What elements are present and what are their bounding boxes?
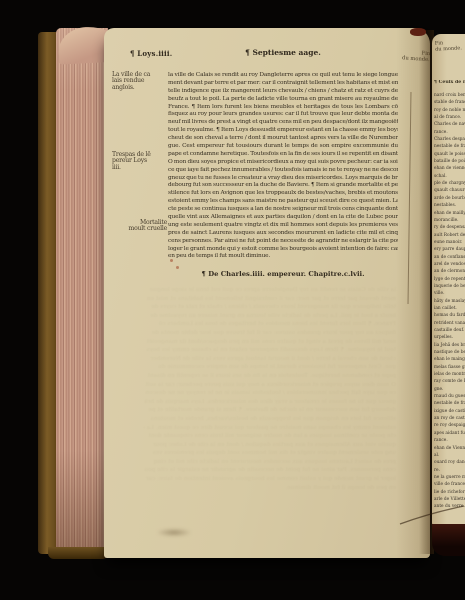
facing-index-line: eune manoir. bbox=[434, 239, 465, 246]
facing-index-line: quault chauureau bbox=[434, 187, 465, 194]
ghost-line: estoient emmy les champs sans maistre ne… bbox=[144, 424, 396, 433]
ghost-line: pres de sainct Laurens iusques aux secon… bbox=[144, 458, 396, 467]
main-text-block: la ville de Calais se rendit au roy Dang… bbox=[168, 72, 398, 261]
facing-index-line: Charles despaigne cō bbox=[434, 136, 465, 143]
facing-index-line: nard croix ben. p cou bbox=[434, 92, 465, 99]
facing-index-line: ian caillet. bbox=[434, 305, 465, 312]
facing-index-line: an de clermont. bbox=[434, 268, 465, 275]
margin-note-mortalite: Mortalitemoult cruelle bbox=[112, 220, 167, 233]
facing-index-line: re. bbox=[434, 467, 465, 474]
text-line: stilence fut lors en Avignon que les tro… bbox=[168, 190, 398, 198]
text-line: quelle vint aux Allemaignes et aux parti… bbox=[168, 214, 398, 222]
ghost-line: telle indigence que ilz mangerent leurs … bbox=[144, 303, 396, 312]
text-line: neuf mil livres de prest a vingt et quat… bbox=[168, 119, 398, 127]
ghost-line: ment devant par terre et par mer: car il… bbox=[144, 295, 396, 304]
facing-index-line: ehan le maingre. bbox=[434, 356, 465, 363]
text-line: loger le grant monde qui y estoit comme … bbox=[168, 246, 398, 254]
ghost-line: cens personnes. Par ainsi ne fut point d… bbox=[144, 466, 396, 475]
facing-page: Fin du monde. ¶ Ceulx de renom. nard cro… bbox=[432, 34, 465, 528]
text-line: cens personnes. Par ainsi ne fut point d… bbox=[168, 238, 398, 246]
margin-note-trespas: Trespas de lēpereur Loysiiii. bbox=[112, 152, 167, 171]
facing-index-line: Charles de navarre p bbox=[434, 121, 465, 128]
ghost-line: cheut de son cheval a terre / dont il mo… bbox=[144, 355, 396, 364]
text-line: telle indigence que ilz mangerent leurs … bbox=[168, 88, 398, 96]
facing-index-line: morancille. bbox=[434, 217, 465, 224]
facing-index-line: al de france. bbox=[434, 114, 465, 121]
margin-note-calais: La ville de calais rendueanglois. bbox=[112, 72, 167, 91]
facing-index-line: schal. bbox=[434, 173, 465, 180]
book-photo: { "photo": { "running_head": { "left": "… bbox=[0, 0, 465, 600]
running-head-left: ¶ Loys.iiii. bbox=[130, 49, 172, 58]
facing-index-line: castaille deuf. bbox=[434, 327, 465, 334]
facing-running-head-line2: du monde. bbox=[435, 45, 462, 52]
facing-index-line: ery parre daup. bbox=[434, 246, 465, 253]
paper-smudge bbox=[156, 528, 192, 537]
facing-index-line: ixigue de castillanes. bbox=[434, 408, 465, 415]
facing-index-line: urpelles. bbox=[434, 334, 465, 341]
facing-index-line: inquerie de beau bbox=[434, 283, 465, 290]
facing-index-line: lie de richefort. bbox=[434, 489, 465, 496]
facing-index-line: homas du fardel. bbox=[434, 312, 465, 319]
text-line: pape et condamne heretique. Toutesfois e… bbox=[168, 151, 398, 159]
text-line: en peu de temps il fut moult diminue. bbox=[168, 253, 398, 261]
facing-index-line: arde de bourbon cō bbox=[434, 195, 465, 202]
text-line: fisquez au roy pour leurs grandes usures… bbox=[168, 111, 398, 119]
text-line: ment devant par terre et par mer: car il… bbox=[168, 80, 398, 88]
text-line: tout le royaulme. ¶ Item Loys dessusdit … bbox=[168, 127, 398, 135]
facing-index-line: roy de noble matre bbox=[434, 107, 465, 114]
facing-index-line: ehan de Vienne admi bbox=[434, 445, 465, 452]
book-cover-edge bbox=[38, 32, 58, 554]
text-line: gneuz que tu ne fusses le createur a vra… bbox=[168, 175, 398, 183]
text-line: ung este seulement quatre vingtz et dix … bbox=[168, 222, 398, 230]
ghost-line: France. ¶ Item lors furent les biens meu… bbox=[144, 320, 396, 329]
facing-index-line: ray comte de Bou bbox=[434, 378, 465, 385]
facing-index-line: arel de vendos. bbox=[434, 261, 465, 268]
red-ink-spot bbox=[176, 266, 179, 269]
facing-index-line: ry de despensarien bbox=[434, 224, 465, 231]
facing-index-line: ville de france. bbox=[434, 481, 465, 488]
facing-index-heading: ¶ Ceulx de renom. bbox=[434, 80, 465, 85]
facing-index-line: ouard roy dangle bbox=[434, 459, 465, 466]
ghost-line: stilence fut lors en Avignon que les tro… bbox=[144, 415, 396, 424]
facing-index-column: nard croix ben. p coustable de france.ro… bbox=[434, 92, 465, 511]
facing-index-line: rance. bbox=[434, 129, 465, 136]
facing-index-line: nestable de france. bbox=[434, 143, 465, 150]
facing-running-head: Fin du monde. bbox=[435, 39, 462, 52]
ghost-line: ce que iaye fait pechez innumerables / t… bbox=[144, 389, 396, 398]
ghost-line: quelle vint aux Allemaignes et aux parti… bbox=[144, 441, 396, 450]
text-line: gue. Cest empereur fut tousiours durant … bbox=[168, 143, 398, 151]
ghost-line: gneuz que tu ne fusses le createur a vra… bbox=[144, 398, 396, 407]
ghost-line: gue. Cest empereur fut tousiours durant … bbox=[144, 363, 396, 372]
facing-index-line: stable de france. bbox=[434, 99, 465, 106]
ghost-line: neuf mil livres de prest a vingt et quat… bbox=[144, 338, 396, 347]
facing-index-line: bataille de poictiers bbox=[434, 158, 465, 165]
ghost-line: fisquez au roy pour leurs grandes usures… bbox=[144, 329, 396, 338]
facing-index-line: ple de chargny. bbox=[434, 180, 465, 187]
text-line: pres de sainct Laurens iusques aux secon… bbox=[168, 230, 398, 238]
facing-index-line: ault Robert de cinq. bbox=[434, 232, 465, 239]
facing-index-line: ne la guerre ma bbox=[434, 474, 465, 481]
text-line: beufz a tout le poil. La perte de ladict… bbox=[168, 96, 398, 104]
margin-note-line: moult cruelle bbox=[112, 226, 167, 232]
ghost-line: O mon dieu soyes propice et misericordie… bbox=[144, 381, 396, 390]
facing-index-line: rnaud du guesclin. bbox=[434, 393, 465, 400]
facing-index-line: melas fiasse gressier bbox=[434, 364, 465, 371]
facing-index-line: al. bbox=[434, 452, 465, 459]
text-line: ce que iaye fait pechez innumerables / t… bbox=[168, 167, 398, 175]
text-line: debourg fut son successeur en la duche d… bbox=[168, 182, 398, 190]
facing-index-line: hāty de maslay. bbox=[434, 298, 465, 305]
facing-index-line: lyge de repenty. bbox=[434, 276, 465, 283]
facing-index-line: lia Jehā des bru bbox=[434, 342, 465, 349]
red-ink-spot bbox=[170, 259, 173, 262]
chapter-heading: ¶ De Charles.iiii. empereur. Chapitre.c.… bbox=[168, 270, 398, 278]
facing-index-line: an roy de castille. bbox=[434, 415, 465, 422]
facing-index-line: ehan de vienne et ma bbox=[434, 165, 465, 172]
facing-index-line: an de conflans. bbox=[434, 254, 465, 261]
ghost-line: loger le grant monde qui y estoit comme … bbox=[144, 475, 396, 484]
text-line: cheut de son cheval a terre / dont il mo… bbox=[168, 135, 398, 143]
ghost-line: beufz a tout le poil. La perte de ladict… bbox=[144, 312, 396, 321]
running-head-center: ¶ Septiesme aage. bbox=[168, 48, 398, 57]
text-line: France. ¶ Item lors furent les biens meu… bbox=[168, 104, 398, 112]
text-line: la ville de Calais se rendit au roy Dang… bbox=[168, 72, 398, 80]
facing-index-line: apes aidant fut bbox=[434, 430, 465, 437]
margin-note-line: iiii. bbox=[112, 165, 167, 171]
page-edge-curve bbox=[398, 498, 465, 530]
text-line: O mon dieu soyes propice et misericordie… bbox=[168, 159, 398, 167]
margin-note-line: anglois. bbox=[112, 85, 167, 91]
book-fore-edge-pages bbox=[56, 28, 108, 556]
ghost-line: ung este seulement quatre vingtz et dix … bbox=[144, 449, 396, 458]
facing-index-line: retrident vanaille bbox=[434, 320, 465, 327]
facing-index-line: ielas de montmo. bbox=[434, 371, 465, 378]
main-page: ¶ Loys.iiii. ¶ Septiesme aage. Fin du mo… bbox=[104, 28, 430, 558]
ghost-line: en peu de temps il fut moult diminue. bbox=[144, 484, 396, 490]
facing-index-line: re roy despaigne. bbox=[434, 422, 465, 429]
ghost-line: tout le royaulme. ¶ Item Loys dessusdit … bbox=[144, 346, 396, 355]
ghost-line: cte peste se continua iusques a lan de n… bbox=[144, 432, 396, 441]
facing-index-line: nestable de france. bbox=[434, 400, 465, 407]
ghost-line: debourg fut son successeur en la duche d… bbox=[144, 406, 396, 415]
text-line: estoient emmy les champs sans maistre ne… bbox=[168, 198, 398, 206]
facing-index-line: quault le poissgnr bbox=[434, 151, 465, 158]
binding-endband bbox=[410, 28, 426, 36]
facing-index-line: rance. bbox=[434, 437, 465, 444]
facing-index-line: nestables. bbox=[434, 202, 465, 209]
ghost-line: la ville de Calais se rendit au roy Dang… bbox=[144, 286, 396, 295]
ghost-line: pape et condamne heretique. Toutesfois e… bbox=[144, 372, 396, 381]
facing-index-line: ville. bbox=[434, 290, 465, 297]
text-line: cte peste se continua iusques a lan de n… bbox=[168, 206, 398, 214]
facing-index-line: nastique de beau bbox=[434, 349, 465, 356]
facing-index-line: ehan de mailly comte bbox=[434, 210, 465, 217]
page-crease-line bbox=[408, 92, 412, 304]
book-cover-bottom-edge bbox=[48, 547, 110, 559]
facing-index-line: gne. bbox=[434, 386, 465, 393]
verso-show-through: la ville de Calais se rendit au roy Dang… bbox=[144, 286, 396, 490]
